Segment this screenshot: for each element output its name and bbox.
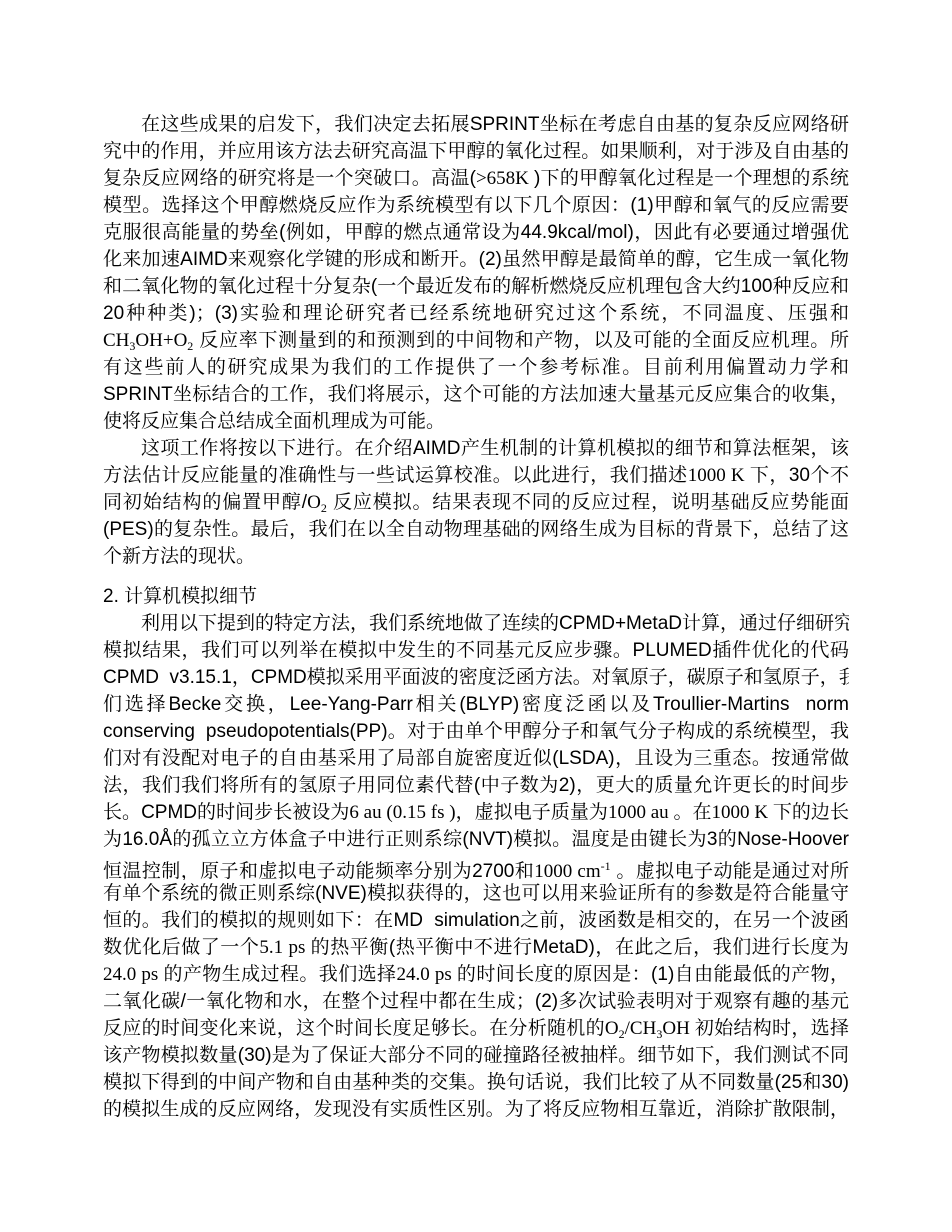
- text-line: SPRINT坐标结合的工作，我们将展示，这个可能的方法加速大量基元反应集合的收集…: [103, 381, 849, 408]
- text-run: 数优化后做了一个: [103, 937, 259, 958]
- text-run: 同初始结构的偏置甲醇/: [103, 492, 307, 513]
- text-run: 们对有没配对电子的自由基采用了局部自旋密度近似(LSDA)，且设为三重态。按通常…: [103, 748, 849, 769]
- text-run: 该产物模拟数量(30)是为了保证大部分不同的碰撞路径被抽样。细节如下，我们测试不…: [103, 1045, 849, 1066]
- paragraph: 利用以下提到的特定方法，我们系统地做了连续的CPMD+MetaD计算，通过仔细研…: [103, 610, 849, 1123]
- formula-text: 5.1 ps: [259, 937, 310, 958]
- text-line: 在这些成果的启发下，我们决定去拓展SPRINT坐标在考虑自由基的复杂反应网络研: [103, 111, 849, 138]
- text-line: 利用以下提到的特定方法，我们系统地做了连续的CPMD+MetaD计算，通过仔细研…: [103, 610, 849, 637]
- text-run: )下的甲醇氧化过程是一个理想的系统: [534, 168, 849, 189]
- text-run: 化来加速AIMD来观察化学键的形成和断开。(2)虽然甲醇是最简单的醇，它生成一氧…: [103, 249, 849, 270]
- text-run: 使将反应集合总结成全面机理成为可能。: [103, 411, 445, 432]
- text-run: 反应模拟。结果表现不同的反应过程，说明基础反应势能面: [327, 492, 849, 513]
- text-line: 20种种类)；(3)实验和理论研究者已经系统地研究过这个系统，不同温度、压强和: [103, 300, 849, 327]
- formula-text: /CH: [625, 1018, 657, 1039]
- formula-text: 1000 au: [608, 802, 674, 823]
- text-run: 究中的作用，并应用该方法去研究高温下甲醇的氧化过程。如果顺利，对于涉及自由基的: [103, 141, 849, 162]
- paragraph: 在这些成果的启发下，我们决定去拓展SPRINT坐标在考虑自由基的复杂反应网络研究…: [103, 111, 849, 435]
- text-line: 和二氧化物的氧化过程十分复杂(一个最近发布的解析燃烧反应机理包含大约100种反应…: [103, 273, 849, 300]
- text-line: conserving pseudopotentials(PP)。对于由单个甲醇分…: [103, 718, 849, 745]
- formula-text: 24.0 ps: [396, 964, 456, 985]
- text-line: 二氧化碳/一氧化物和水，在整个过程中都在生成；(2)多次试验表明对于观察有趣的基…: [103, 988, 849, 1015]
- text-run: 个新方法的现状。: [103, 546, 255, 567]
- text-run: 下的边长: [773, 802, 849, 823]
- text-line: 模拟下得到的中间产物和自由基种类的交集。换句话说，我们比较了从不同数量(25和3…: [103, 1069, 849, 1096]
- text-line: 有这些前人的研究成果为我们的工作提供了一个参考标准。目前利用偏置动力学和: [103, 354, 849, 381]
- formula-text: 1000 K: [688, 465, 750, 486]
- text-run: 的热平衡(热平衡中不进行MetaD)，在此之后，我们进行长度为: [311, 937, 849, 958]
- formula-text: O: [605, 1018, 619, 1039]
- text-run: 2. 计算机模拟细节: [103, 586, 257, 607]
- text-run: 为16.0Å的孤立立方体盒子中进行正则系综(NVT)模拟。温度是由键长为3的No…: [103, 829, 849, 850]
- formula-text: O: [307, 492, 321, 513]
- text-run: 下，30个不: [750, 465, 849, 486]
- text-run: 的模拟生成的反应网络，发现没有实质性区别。为了将反应物相互靠近，消除扩散限制，: [103, 1099, 849, 1120]
- text-line: (PES)的复杂性。最后，我们在以全自动物理基础的网络生成为目标的背景下，总结了…: [103, 516, 849, 543]
- text-run: 的产物生成过程。我们选择: [163, 964, 396, 985]
- text-run: 在这些成果的启发下，我们决定去拓展SPRINT坐标在考虑自由基的复杂反应网络研: [141, 114, 849, 135]
- text-run: conserving pseudopotentials(PP)。对于由单个甲醇分…: [103, 721, 849, 742]
- text-run: 。虚拟电子动能是通过对所: [611, 861, 849, 880]
- text-run: 模拟结果，我们可以列举在模拟中发生的不同基元反应步骤。PLUMED插件优化的代码: [103, 640, 849, 661]
- superscript-text: -1: [601, 859, 611, 873]
- text-run: 长。CPMD的时间步长被设为: [103, 802, 349, 823]
- text-line: 复杂反应网络的研究将是一个突破口。高温(>658K )下的甲醇氧化过程是一个理想…: [103, 165, 849, 192]
- text-run: 这项工作将按以下进行。在介绍AIMD产生机制的计算机模拟的细节和算法框架，该: [141, 438, 849, 459]
- text-run: 利用以下提到的特定方法，我们系统地做了连续的CPMD+MetaD计算，通过仔细研…: [141, 613, 849, 634]
- formula-text: 24.0 ps: [103, 964, 163, 985]
- text-run: 初始结构时，选择: [695, 1018, 849, 1039]
- text-run: 的时间长度的原因是：(1)自由能最低的产物，: [457, 964, 849, 985]
- text-run: (PES)的复杂性。最后，我们在以全自动物理基础的网络生成为目标的背景下，总结了…: [103, 519, 849, 540]
- text-line: 恒温控制，原子和虚拟电子动能频率分别为2700和1000 cm-1 。虚拟电子动…: [103, 853, 849, 880]
- text-run: 模拟下得到的中间产物和自由基种类的交集。换句话说，我们比较了从不同数量(25和3…: [103, 1072, 849, 1093]
- formula-text: OH: [662, 1018, 695, 1039]
- text-line: 2. 计算机模拟细节: [103, 583, 849, 610]
- text-line: 使将反应集合总结成全面机理成为可能。: [103, 408, 849, 435]
- text-run: 反应的时间变化来说，这个时间长度足够长。在分析随机的: [103, 1018, 605, 1039]
- formula-text: 1000 K: [712, 802, 773, 823]
- text-run: 模型。选择这个甲醇燃烧反应作为系统模型有以下几个原因：(1)甲醇和氧气的反应需要: [103, 195, 849, 216]
- text-line: CH3OH+O2 反应率下测量到的和预测到的中间物和产物，以及可能的全面反应机理…: [103, 327, 849, 354]
- text-run: 恒温控制，原子和虚拟电子动能频率分别为2700和: [103, 861, 534, 880]
- text-line: 该产物模拟数量(30)是为了保证大部分不同的碰撞路径被抽样。细节如下，我们测试不…: [103, 1042, 849, 1069]
- formula-text: CH: [103, 330, 129, 351]
- text-run: 方法估计反应能量的准确性与一些试运算校准。以此进行，我们描述: [103, 465, 688, 486]
- text-run: 复杂反应网络的研究将是一个突破口。高温(: [103, 168, 476, 189]
- text-line: 长。CPMD的时间步长被设为6 au (0.15 fs )，虚拟电子质量为100…: [103, 799, 849, 826]
- text-run: 有这些前人的研究成果为我们的工作提供了一个参考标准。目前利用偏置动力学和: [103, 357, 849, 378]
- text-run: 和二氧化物的氧化过程十分复杂(一个最近发布的解析燃烧反应机理包含大约100种反应…: [103, 276, 849, 297]
- text-run: 有单个系统的微正则系综(NVE)模拟获得的，这也可以用来验证所有的参数是符合能量…: [103, 883, 849, 904]
- text-run: 克服很高能量的势垒(例如，甲醇的燃点通常设为44.9kcal/mol)，因此有必…: [103, 222, 849, 243]
- text-run: SPRINT坐标结合的工作，我们将展示，这个可能的方法加速大量基元反应集合的收集…: [103, 384, 849, 405]
- formula-text: 1000 cm: [534, 861, 600, 880]
- text-run: 恒的。我们的模拟的规则如下：在MD simulation之前，波函数是相交的，在…: [103, 910, 849, 931]
- text-run: 反应率下测量到的和预测到的中间物和产物，以及可能的全面反应机理。所: [193, 330, 849, 351]
- text-run: 法，我们我们将所有的氢原子用同位素代替(中子数为2)，更大的质量允许更长的时间步: [103, 775, 849, 796]
- text-run: CPMD v3.15.1，CPMD模拟采用平面波的密度泛函方法。对氧原子，碳原子…: [103, 667, 849, 688]
- text-line: 这项工作将按以下进行。在介绍AIMD产生机制的计算机模拟的细节和算法框架，该: [103, 435, 849, 462]
- text-line: 为16.0Å的孤立立方体盒子中进行正则系综(NVT)模拟。温度是由键长为3的No…: [103, 826, 849, 853]
- text-line: 数优化后做了一个5.1 ps 的热平衡(热平衡中不进行MetaD)，在此之后，我…: [103, 934, 849, 961]
- text-line: 24.0 ps 的产物生成过程。我们选择24.0 ps 的时间长度的原因是：(1…: [103, 961, 849, 988]
- text-run: 20种种类)；(3)实验和理论研究者已经系统地研究过这个系统，不同温度、压强和: [103, 303, 849, 324]
- text-line: 法，我们我们将所有的氢原子用同位素代替(中子数为2)，更大的质量允许更长的时间步: [103, 772, 849, 799]
- section-heading: 2. 计算机模拟细节: [103, 583, 849, 610]
- text-line: 有单个系统的微正则系综(NVE)模拟获得的，这也可以用来验证所有的参数是符合能量…: [103, 880, 849, 907]
- text-line: 克服很高能量的势垒(例如，甲醇的燃点通常设为44.9kcal/mol)，因此有必…: [103, 219, 849, 246]
- text-line: 同初始结构的偏置甲醇/O2 反应模拟。结果表现不同的反应过程，说明基础反应势能面: [103, 489, 849, 516]
- text-run: 们选择Becke交换，Lee-Yang-Parr相关(BLYP)密度泛函以及Tr…: [103, 694, 849, 715]
- text-line: 们对有没配对电子的自由基采用了局部自旋密度近似(LSDA)，且设为三重态。按通常…: [103, 745, 849, 772]
- text-line: 恒的。我们的模拟的规则如下：在MD simulation之前，波函数是相交的，在…: [103, 907, 849, 934]
- paragraph: 这项工作将按以下进行。在介绍AIMD产生机制的计算机模拟的细节和算法框架，该方法…: [103, 435, 849, 570]
- text-run: ，虚拟电子质量为: [456, 802, 608, 823]
- formula-text: >658K: [476, 168, 534, 189]
- text-run: 二氧化碳/一氧化物和水，在整个过程中都在生成；(2)多次试验表明对于观察有趣的基…: [103, 991, 849, 1012]
- text-line: 们选择Becke交换，Lee-Yang-Parr相关(BLYP)密度泛函以及Tr…: [103, 691, 849, 718]
- document-page: 在这些成果的启发下，我们决定去拓展SPRINT坐标在考虑自由基的复杂反应网络研究…: [0, 0, 952, 1232]
- text-line: 反应的时间变化来说，这个时间长度足够长。在分析随机的O2/CH3OH 初始结构时…: [103, 1015, 849, 1042]
- formula-text: OH+O: [135, 330, 187, 351]
- text-run: 。在: [673, 802, 711, 823]
- text-line: 的模拟生成的反应网络，发现没有实质性区别。为了将反应物相互靠近，消除扩散限制，: [103, 1096, 849, 1123]
- text-line: 个新方法的现状。: [103, 543, 849, 570]
- text-line: 究中的作用，并应用该方法去研究高温下甲醇的氧化过程。如果顺利，对于涉及自由基的: [103, 138, 849, 165]
- text-line: CPMD v3.15.1，CPMD模拟采用平面波的密度泛函方法。对氧原子，碳原子…: [103, 664, 849, 691]
- text-line: 模拟结果，我们可以列举在模拟中发生的不同基元反应步骤。PLUMED插件优化的代码: [103, 637, 849, 664]
- text-line: 方法估计反应能量的准确性与一些试运算校准。以此进行，我们描述1000 K 下，3…: [103, 462, 849, 489]
- text-line: 模型。选择这个甲醇燃烧反应作为系统模型有以下几个原因：(1)甲醇和氧气的反应需要: [103, 192, 849, 219]
- formula-text: 6 au (0.15 fs ): [349, 802, 455, 823]
- text-line: 化来加速AIMD来观察化学键的形成和断开。(2)虽然甲醇是最简单的醇，它生成一氧…: [103, 246, 849, 273]
